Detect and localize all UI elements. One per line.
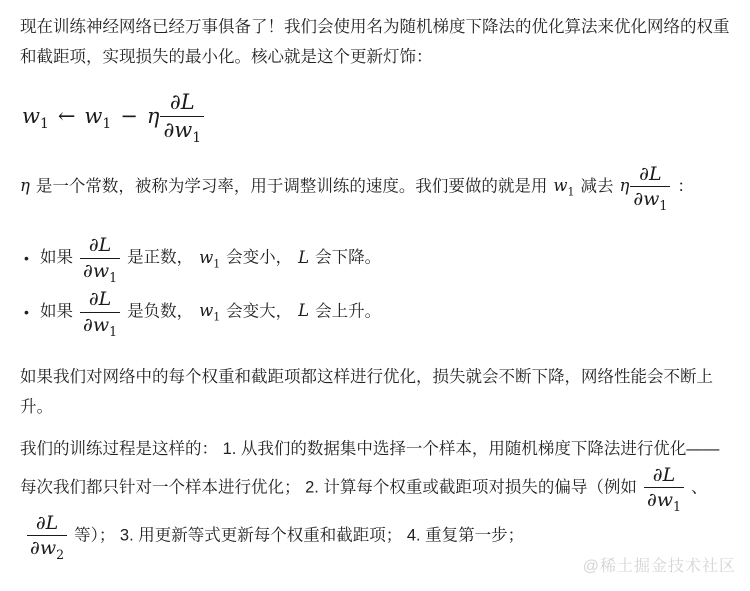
bullet-w-change: 会变大，: [226, 302, 292, 320]
bullet-list: • 如果∂L∂w1是正数，w1会变小，L会下降。 • 如果∂L∂w1是负数，w1…: [20, 234, 730, 336]
math-subscript-1: 1: [213, 311, 220, 324]
math-subscript-1: 1: [192, 130, 201, 146]
fraction-denominator: ∂w2: [27, 535, 67, 559]
fraction-denominator: ∂w1: [644, 487, 684, 511]
math-partial-w: ∂w: [633, 188, 659, 210]
list-item: • 如果∂L∂w1是正数，w1会变小，L会下降。: [20, 234, 730, 282]
math-w: w: [553, 176, 567, 195]
fraction-dL-dw1: ∂L∂w1: [644, 464, 684, 512]
bullet-lead: 如果: [40, 249, 73, 267]
training-text-part2: 等）； 3. 用更新等式更新每个权重和截距项； 4. 重复第一步；: [74, 526, 524, 544]
bullet-l-change: 会上升。: [315, 302, 381, 320]
fraction-dL-dw1: ∂L∂w1: [80, 234, 120, 282]
optimize-all-paragraph: 如果我们对网络中的每个权重和截距项都这样进行优化，损失就会不断下降，网络性能会不…: [20, 362, 730, 422]
bullet-icon: •: [20, 297, 40, 327]
math-subscript-2: 2: [56, 547, 64, 562]
math-w: w: [22, 104, 40, 128]
math-subscript-1: 1: [213, 257, 220, 270]
minus-symbol: −: [120, 101, 138, 131]
bullet-icon: •: [20, 243, 40, 273]
fraction-numerator: ∂L: [33, 512, 61, 535]
bullet-condition: 是正数，: [127, 249, 193, 267]
math-partial-w: ∂w: [83, 314, 109, 336]
math-subscript-1: 1: [102, 116, 111, 132]
bullet-l-change: 会下降。: [315, 249, 381, 267]
fraction-dL-dw2: ∂L∂w2: [27, 512, 67, 560]
math-subscript-1: 1: [40, 116, 49, 132]
fraction-denominator: ∂w1: [80, 258, 120, 282]
training-text-mid: 、: [691, 478, 708, 496]
math-eta: η: [20, 176, 30, 195]
math-subscript-1: 1: [659, 198, 667, 213]
math-L: L: [298, 248, 309, 267]
fraction-numerator: ∂L: [650, 464, 678, 487]
training-process-paragraph: 我们的训练过程是这样的： 1. 从我们的数据集中选择一个样本，用随机梯度下降法进…: [20, 434, 730, 560]
fraction-dL-dw1: ∂L∂w1: [80, 288, 120, 336]
math-w1: w1: [84, 101, 111, 131]
math-L: L: [298, 301, 309, 320]
math-w1: w1: [199, 301, 220, 320]
math-subscript-1: 1: [109, 270, 117, 285]
math-w: w: [199, 301, 213, 320]
math-partial-w: ∂w: [30, 537, 56, 559]
math-partial-w: ∂w: [83, 260, 109, 282]
math-eta: η: [619, 176, 629, 195]
learning-rate-text-mid: 减去: [580, 177, 613, 195]
fraction-numerator: ∂L: [167, 90, 198, 116]
bullet-content: 如果∂L∂w1是正数，w1会变小，L会下降。: [40, 234, 381, 282]
learning-rate-paragraph: η是一个常数，被称为学习率，用于调整训练的速度。我们要做的就是用w1减去η∂L∂…: [20, 163, 730, 211]
left-arrow-symbol: ←: [58, 101, 76, 131]
intro-paragraph: 现在训练神经网络已经万事俱备了！我们会使用名为随机梯度下降法的优化算法来优化网络…: [20, 12, 730, 72]
article-body: 现在训练神经网络已经万事俱备了！我们会使用名为随机梯度下降法的优化算法来优化网络…: [20, 12, 730, 560]
fraction-dL-dw1: ∂L∂w1: [630, 163, 670, 211]
fraction-numerator: ∂L: [636, 163, 664, 186]
watermark: @稀土掘金技术社区: [583, 552, 736, 582]
math-w1: w1: [22, 101, 49, 131]
math-eta: η: [147, 101, 160, 131]
fraction-dL-dw1: ∂L ∂w1: [160, 90, 204, 143]
math-subscript-1: 1: [568, 185, 575, 198]
math-subscript-1: 1: [109, 323, 117, 338]
bullet-lead: 如果: [40, 302, 73, 320]
list-item: • 如果∂L∂w1是负数，w1会变大，L会上升。: [20, 288, 730, 336]
fraction-numerator: ∂L: [86, 234, 114, 257]
fraction-numerator: ∂L: [86, 288, 114, 311]
bullet-condition: 是负数，: [127, 302, 193, 320]
bullet-content: 如果∂L∂w1是负数，w1会变大，L会上升。: [40, 288, 381, 336]
learning-rate-text-before: 是一个常数，被称为学习率，用于调整训练的速度。我们要做的就是用: [36, 177, 548, 195]
fraction-denominator: ∂w1: [630, 186, 670, 210]
learning-rate-text-after: ：: [677, 177, 694, 195]
math-w1: w1: [199, 248, 220, 267]
math-w: w: [199, 248, 213, 267]
fraction-denominator: ∂w1: [160, 116, 204, 143]
math-w1: w1: [553, 176, 574, 195]
math-w: w: [84, 104, 102, 128]
math-subscript-1: 1: [673, 499, 681, 514]
fraction-denominator: ∂w1: [80, 312, 120, 336]
math-partial-w: ∂w: [647, 489, 673, 511]
training-text-part1: 我们的训练过程是这样的： 1. 从我们的数据集中选择一个样本，用随机梯度下降法进…: [20, 440, 719, 496]
math-partial-w: ∂w: [163, 118, 192, 142]
bullet-w-change: 会变小，: [226, 249, 292, 267]
update-equation: w1 ← w1 − η ∂L ∂w1: [22, 90, 730, 143]
